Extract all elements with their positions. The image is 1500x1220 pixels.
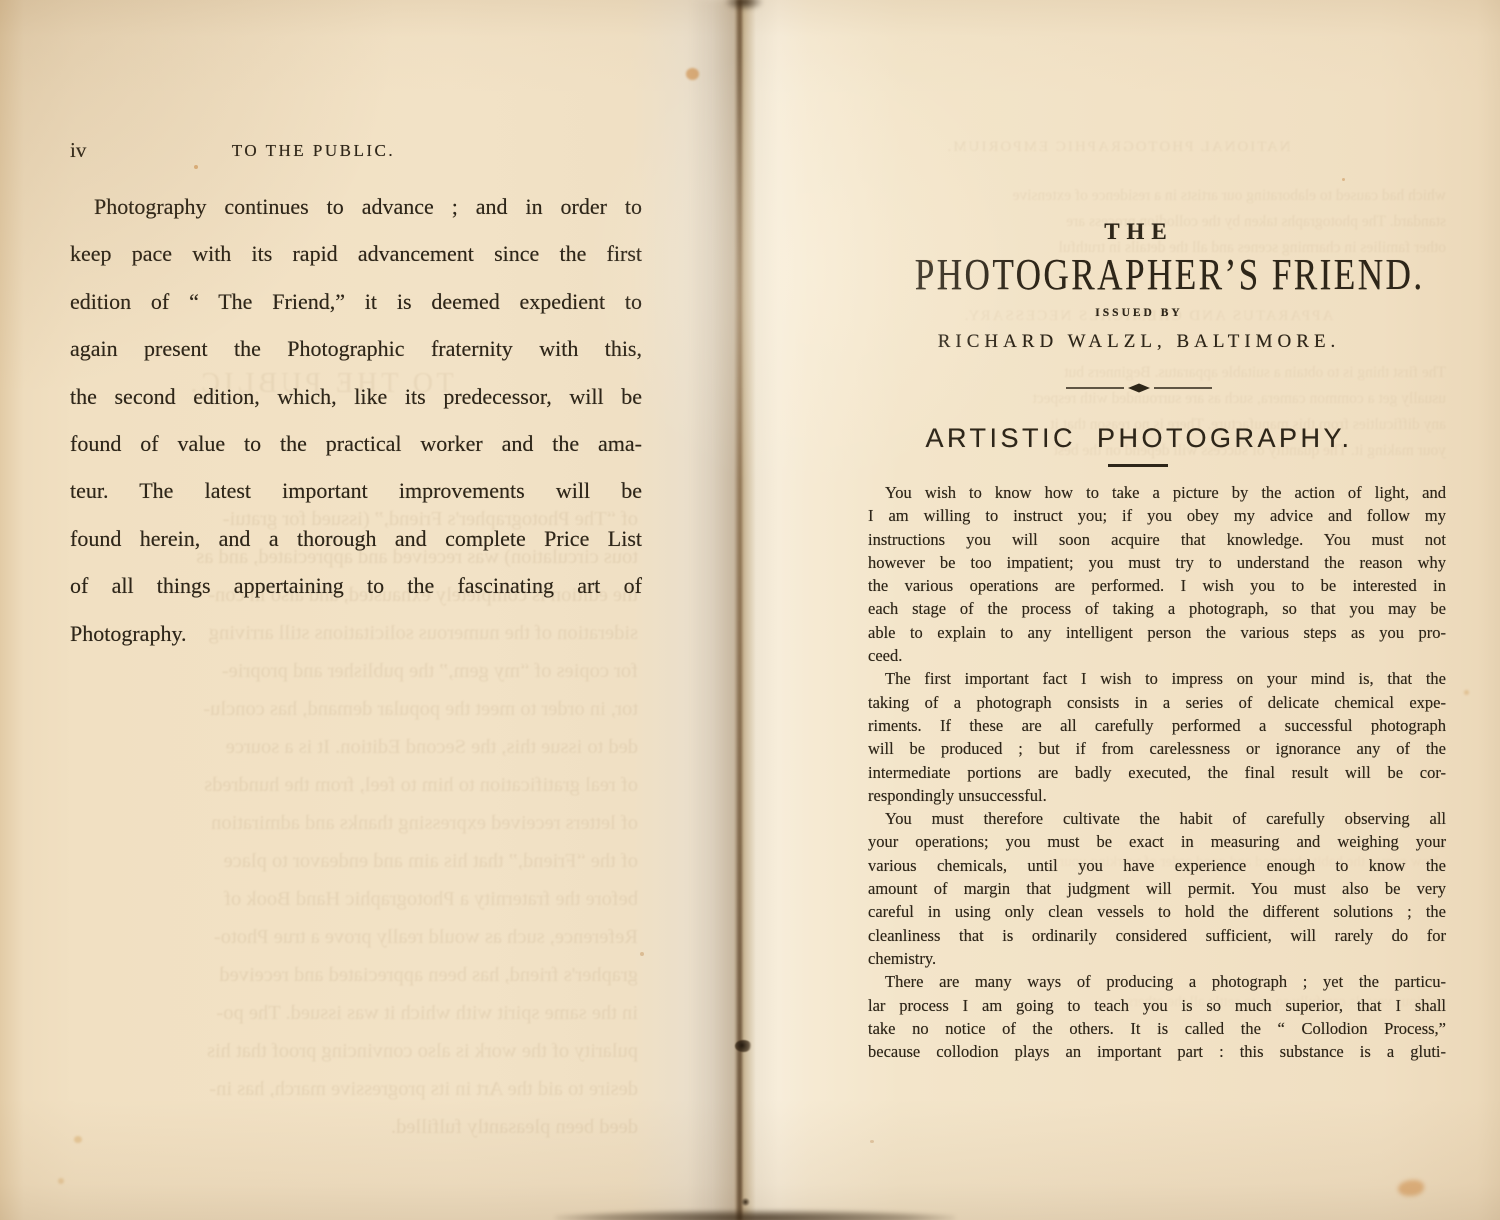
gutter-crease	[737, 0, 742, 1220]
text-line: of all things appertaining to the fascin…	[70, 562, 642, 609]
text-line: able to explain to any intelligent perso…	[868, 621, 1446, 644]
binding-thread-knot	[735, 1040, 752, 1052]
text-line: each stage of the process of taking a ph…	[868, 597, 1446, 620]
text-line: Photography.	[70, 610, 642, 657]
text-line: intermediate portions are badly executed…	[868, 761, 1446, 784]
preface-paragraph: Photography continues to advance ; and i…	[70, 183, 642, 657]
text-line: will be produced ; but if from carelessn…	[868, 737, 1446, 760]
bleedthrough-line: of the “Friend,” that his aim and endeav…	[62, 842, 638, 880]
heading-rule	[1108, 464, 1168, 467]
stain-spot	[1398, 1180, 1424, 1196]
stain-spot	[58, 1178, 64, 1184]
text-line: amount of margin that judgment will perm…	[868, 877, 1446, 900]
text-line: There are many ways of producing a photo…	[868, 970, 1446, 993]
gutter-shadow	[690, 0, 740, 1220]
bleedthrough-line: tor, in order to meet the popular demand…	[62, 690, 638, 728]
diamond-rule-ornament	[851, 381, 1427, 399]
text-line: take no notice of the others. It is call…	[868, 1017, 1446, 1040]
stain-spot	[1342, 178, 1345, 181]
title-the: THE	[851, 219, 1427, 245]
text-line: your operations; you must be exact in me…	[868, 830, 1446, 853]
stain-spot	[640, 952, 644, 956]
text-line: because collodion plays an important par…	[868, 1040, 1446, 1063]
stain-spot	[1464, 690, 1469, 695]
gutter-top-notch	[724, 0, 764, 11]
text-line: the second edition, which, like its pred…	[70, 373, 642, 420]
text-line: teur. The latest important improvements …	[70, 467, 642, 514]
bleedthrough-line: of real gratification to him to feel, fr…	[62, 766, 638, 804]
text-line: found herein, and a thorough and complet…	[70, 515, 642, 562]
body-paragraph: You must therefore cultivate the habit o…	[868, 807, 1446, 970]
bleedthrough-line: ded to issue this, the Second Edition. I…	[62, 728, 638, 766]
text-line: however be too impatient; you must try t…	[868, 551, 1446, 574]
text-line: ceed.	[868, 644, 1446, 667]
text-line: You wish to know how to take a picture b…	[868, 481, 1446, 504]
book-title-text: PHOTOGRAPHER’S FRIEND.	[915, 249, 1425, 300]
text-line: You must therefore cultivate the habit o…	[868, 807, 1446, 830]
stain-spot	[194, 165, 198, 169]
body-paragraph: The first important fact I wish to impre…	[868, 667, 1446, 807]
bleedthrough-line: of letters received expressing thanks an…	[62, 804, 638, 842]
bleedthrough-line: desire to aid the Art in its progressive…	[62, 1070, 638, 1108]
text-line: cleanliness that is ordinarily considere…	[868, 924, 1446, 947]
body-text: You wish to know how to take a picture b…	[868, 481, 1446, 1063]
text-line: again present the Photographic fraternit…	[70, 325, 642, 372]
text-line: the various operations are performed. I …	[868, 574, 1446, 597]
book-title: PHOTOGRAPHER’S FRIEND.	[851, 249, 1427, 300]
book-scan: TO THE PUBLIC. of “The Photographer's Fr…	[0, 0, 1500, 1220]
issued-by-label: ISSUED BY	[851, 307, 1427, 319]
text-line: various chemicals, until you have experi…	[868, 854, 1446, 877]
text-line: keep pace with its rapid advancement sin…	[70, 230, 642, 277]
text-line: The first important fact I wish to impre…	[868, 667, 1446, 690]
bleedthrough-line: Reference, such as would really prove a …	[62, 918, 638, 956]
body-paragraph: There are many ways of producing a photo…	[868, 970, 1446, 1063]
body-paragraph: You wish to know how to take a picture b…	[868, 481, 1446, 667]
stain-spot	[74, 1136, 82, 1143]
bleedthrough-line: pularity of the work is also convincing …	[62, 1032, 638, 1070]
text-line: taking of a photograph consists in a ser…	[868, 691, 1446, 714]
text-line: I am willing to instruct you; if you obe…	[868, 504, 1446, 527]
stain-spot	[870, 1140, 874, 1143]
bleedthrough-line: for copies of “my gem,” the publisher an…	[62, 652, 638, 690]
text-line: respondingly unsuccessful.	[868, 784, 1446, 807]
running-header: TO THE PUBLIC.	[26, 141, 601, 161]
binding-thread-dot	[741, 1198, 750, 1206]
stain-spot	[686, 68, 699, 80]
text-line: Photography continues to advance ; and i…	[70, 183, 642, 230]
text-line: riments. If these are all carefully perf…	[868, 714, 1446, 737]
section-heading: ARTISTIC PHOTOGRAPHY.	[851, 423, 1427, 454]
text-line: found of value to the practical worker a…	[70, 420, 642, 467]
bleedthrough-line: grapher's friend, has been appreciated a…	[62, 956, 638, 994]
bleedthrough-line: in the same spirit with which it was iss…	[62, 994, 638, 1032]
text-line: chemistry.	[868, 947, 1446, 970]
publisher-line: RICHARD WALZL, BALTIMORE.	[851, 331, 1427, 353]
book-bottom-edge	[555, 1210, 955, 1220]
text-line: edition of “ The Friend,” it is deemed e…	[70, 278, 642, 325]
bleedthrough-line: which had caused to elaborating our arti…	[868, 183, 1446, 209]
text-line: careful in using only clean vessels to h…	[868, 900, 1446, 923]
bleedthrough-line: deed been pleasantly fulfilled.	[62, 1108, 638, 1146]
bleedthrough-running-header: NATIONAL PHOTOGRAPHIC EMPORIUM.	[868, 139, 1368, 156]
bleedthrough-line: before the fraternity a Photographic Han…	[62, 880, 638, 918]
text-line: lar process I am going to teach you is s…	[868, 994, 1446, 1017]
text-line: instructions you will soon acquire that …	[868, 528, 1446, 551]
